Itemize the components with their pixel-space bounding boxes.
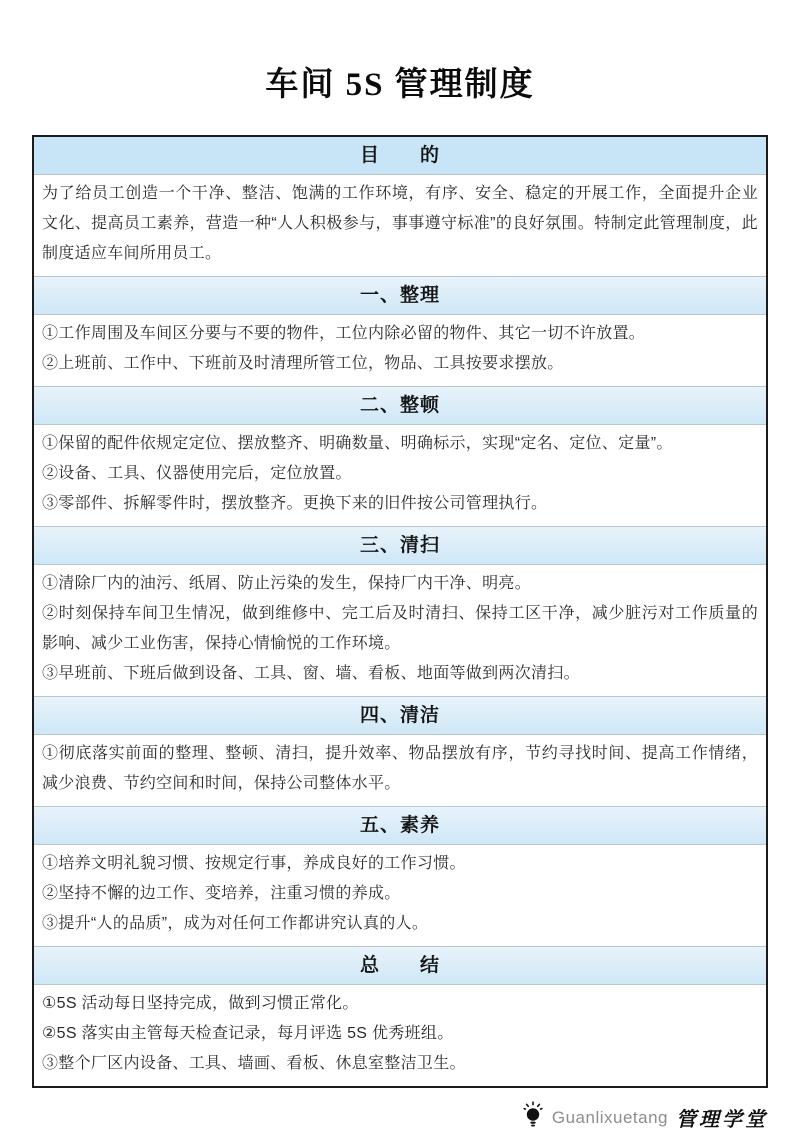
section-item: ②设备、工具、仪器使用完后，定位放置。: [42, 459, 758, 489]
section-item: ②时刻保持车间卫生情况，做到维修中、完工后及时清扫、保持工区干净，减少脏污对工作…: [42, 599, 758, 659]
section-body: ①培养文明礼貌习惯、按规定行事，养成良好的工作习惯。②坚持不懈的边工作、变培养，…: [34, 845, 766, 947]
brand-footer: Guanlixuetang 管理学堂: [0, 1101, 768, 1133]
section-item: ③整个厂区内设备、工具、墙画、看板、休息室整洁卫生。: [42, 1049, 758, 1079]
section-body: ①5S 活动每日坚持完成，做到习惯正常化。②5S 落实由主管每天检查记录，每月评…: [34, 985, 766, 1086]
section-item: ②上班前、工作中、下班前及时清理所管工位，物品、工具按要求摆放。: [42, 349, 758, 379]
section-item: ①清除厂内的油污、纸屑、防止污染的发生，保持厂内干净、明亮。: [42, 569, 758, 599]
section-header: 总 结: [34, 947, 766, 985]
rules-table: 目 的为了给员工创造一个干净、整洁、饱满的工作环境，有序、安全、稳定的开展工作，…: [32, 135, 768, 1088]
section-item: ③提升“人的品质”，成为对任何工作都讲究认真的人。: [42, 909, 758, 939]
section-header: 三、清扫: [34, 527, 766, 565]
section-item: 为了给员工创造一个干净、整洁、饱满的工作环境，有序、安全、稳定的开展工作，全面提…: [42, 179, 758, 269]
section-item: ①培养文明礼貌习惯、按规定行事，养成良好的工作习惯。: [42, 849, 758, 879]
brand-name-cn: 管理学堂: [676, 1103, 768, 1132]
section-item: ①5S 活动每日坚持完成，做到习惯正常化。: [42, 989, 758, 1019]
section-header: 一、整理: [34, 277, 766, 315]
section-body: ①工作周围及车间区分要与不要的物件，工位内除必留的物件、其它一切不许放置。②上班…: [34, 315, 766, 387]
section-header: 目 的: [34, 137, 766, 175]
brand-name-en: Guanlixuetang: [552, 1108, 668, 1128]
section-item: ①彻底落实前面的整理、整顿、清扫，提升效率、物品摆放有序，节约寻找时间、提高工作…: [42, 739, 758, 799]
section-header: 二、整顿: [34, 387, 766, 425]
section-body: ①保留的配件依规定定位、摆放整齐、明确数量、明确标示，实现“定名、定位、定量”。…: [34, 425, 766, 527]
section-item: ③零部件、拆解零件时，摆放整齐。更换下来的旧件按公司管理执行。: [42, 489, 758, 519]
page-title: 车间 5S 管理制度: [0, 58, 800, 105]
section-header: 五、素养: [34, 807, 766, 845]
section-body: ①彻底落实前面的整理、整顿、清扫，提升效率、物品摆放有序，节约寻找时间、提高工作…: [34, 735, 766, 807]
lightbulb-icon: [522, 1101, 544, 1133]
section-header: 四、清洁: [34, 697, 766, 735]
section-item: ①工作周围及车间区分要与不要的物件，工位内除必留的物件、其它一切不许放置。: [42, 319, 758, 349]
section-item: ②5S 落实由主管每天检查记录，每月评选 5S 优秀班组。: [42, 1019, 758, 1049]
section-body: 为了给员工创造一个干净、整洁、饱满的工作环境，有序、安全、稳定的开展工作，全面提…: [34, 175, 766, 277]
section-item: ②坚持不懈的边工作、变培养，注重习惯的养成。: [42, 879, 758, 909]
section-item: ③早班前、下班后做到设备、工具、窗、墙、看板、地面等做到两次清扫。: [42, 659, 758, 689]
section-item: ①保留的配件依规定定位、摆放整齐、明确数量、明确标示，实现“定名、定位、定量”。: [42, 429, 758, 459]
section-body: ①清除厂内的油污、纸屑、防止污染的发生，保持厂内干净、明亮。②时刻保持车间卫生情…: [34, 565, 766, 697]
